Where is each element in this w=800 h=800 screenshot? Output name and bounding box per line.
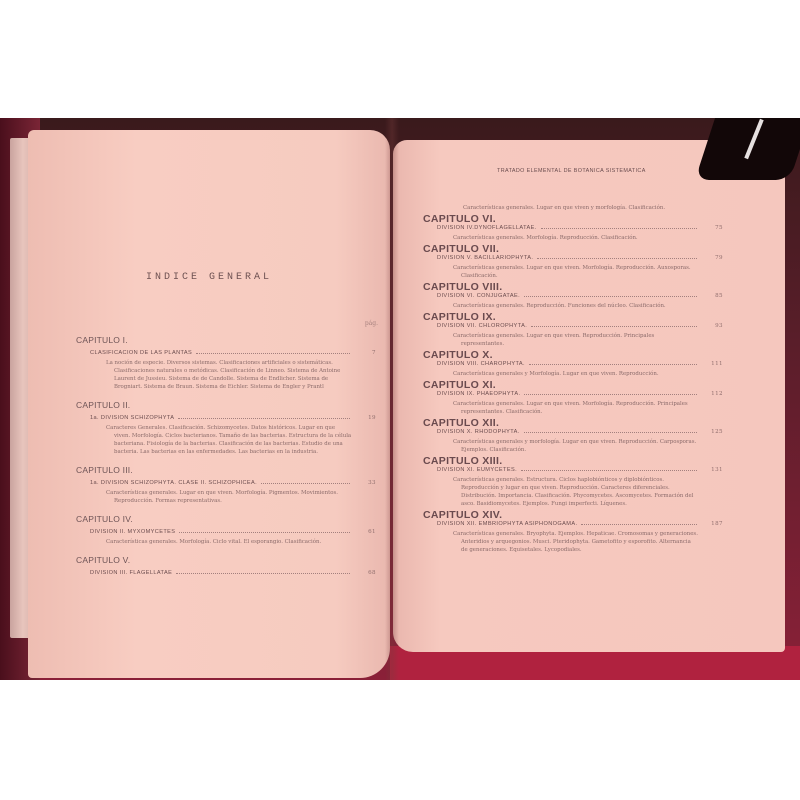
chapter-heading: CAPITULO II. [76, 401, 376, 410]
leader-dots [196, 353, 350, 354]
toc-entry: CAPITULO XIII. DIVISION XI. EUMYCETES.13… [423, 457, 723, 508]
chapter-description: Características generales. Estructura. C… [423, 476, 723, 508]
division-title: DIVISION IV.DYNOFLAGELLATAE. [437, 224, 537, 233]
division-title: DIVISION VI. CONJUGATAE. [437, 292, 520, 301]
chapter-description: Características generales. Lugar en que … [423, 332, 723, 348]
chapter-description: Caracteres Generales. Clasificación. Sch… [76, 424, 376, 456]
leader-dots [537, 258, 697, 259]
page-number: 68 [354, 569, 376, 578]
toc-entry: CAPITULO VI. DIVISION IV.DYNOFLAGELLATAE… [423, 215, 723, 242]
page-number: 19 [354, 414, 376, 423]
page-number: 7 [354, 349, 376, 358]
leader-dots [261, 483, 350, 484]
division-line: DIVISION X. RHODOPHYTA.125 [423, 428, 723, 437]
chapter-heading: CAPITULO V. [76, 556, 376, 565]
toc-entry: CAPITULO XI. DIVISION IX. PHAEOPHYTA.112… [423, 381, 723, 416]
division-title: 1a. DIVISION SCHIZOPHYTA. CLASE II. SCHI… [90, 479, 257, 488]
chapter-heading: CAPITULO I. [76, 336, 376, 345]
left-toc: CAPITULO I. CLASIFICACION DE LAS PLANTAS… [76, 326, 376, 578]
page-number: 111 [701, 360, 723, 369]
chapter-heading: CAPITULO IV. [76, 515, 376, 524]
chapter-description: Características generales. Morfología. C… [76, 538, 376, 546]
continued-description: Características generales. Lugar en que … [423, 204, 723, 212]
toc-entry: CAPITULO XIV. DIVISION XII. EMBRIOPHYTA … [423, 511, 723, 554]
division-title: DIVISION III. FLAGELLATAE [90, 569, 172, 578]
division-title: DIVISION XI. EUMYCETES. [437, 466, 517, 475]
division-line: DIVISION II. MYXOMYCETES61 [76, 528, 376, 537]
division-line: DIVISION IX. PHAEOPHYTA.112 [423, 390, 723, 399]
chapter-description: Características generales. Lugar en que … [423, 400, 723, 416]
page-number: 125 [701, 428, 723, 437]
chapter-heading: CAPITULO VIII. [423, 283, 723, 292]
toc-entry: CAPITULO III. 1a. DIVISION SCHIZOPHYTA. … [76, 466, 376, 505]
division-title: DIVISION VII. CHLOROPHYTA. [437, 322, 527, 331]
leader-dots [541, 228, 697, 229]
leader-dots [176, 573, 350, 574]
toc-entry: CAPITULO I. CLASIFICACION DE LAS PLANTAS… [76, 336, 376, 391]
toc-entry: CAPITULO XII. DIVISION X. RHODOPHYTA.125… [423, 419, 723, 454]
book-photo: INDICE GENERAL pág. CAPITULO I. CLASIFIC… [0, 118, 800, 680]
chapter-description: Características generales y Morfología. … [423, 370, 723, 378]
page-number: 61 [354, 528, 376, 537]
chapter-description: Características generales. Lugar en que … [423, 264, 723, 280]
page-number: 85 [701, 292, 723, 301]
chapter-description: Características generales y morfología. … [423, 438, 723, 454]
chapter-heading: CAPITULO IX. [423, 313, 723, 322]
index-title: INDICE GENERAL [28, 272, 390, 283]
leader-dots [524, 296, 697, 297]
chapter-description: Características generales. Lugar en que … [76, 489, 376, 505]
chapter-heading: CAPITULO XIII. [423, 457, 723, 466]
division-title: DIVISION V. BACILLARIOPHYTA. [437, 254, 533, 263]
leader-dots [524, 394, 697, 395]
chapter-description: Características generales. Morfología. R… [423, 234, 723, 242]
division-line: 1a. DIVISION SCHIZOPHYTA19 [76, 414, 376, 423]
page-number: 187 [701, 520, 723, 529]
page-number: 79 [701, 254, 723, 263]
toc-entry: CAPITULO IV. DIVISION II. MYXOMYCETES61 … [76, 515, 376, 546]
leader-dots [529, 364, 697, 365]
division-line: DIVISION V. BACILLARIOPHYTA.79 [423, 254, 723, 263]
toc-entry: CAPITULO X. DIVISION VIII. CHAROPHYTA.11… [423, 351, 723, 378]
book-gutter [385, 118, 399, 680]
division-title: DIVISION XII. EMBRIOPHYTA ASIPHONOGAMA. [437, 520, 577, 529]
page-number: 33 [354, 479, 376, 488]
division-title: 1a. DIVISION SCHIZOPHYTA [90, 414, 174, 423]
toc-entry: CAPITULO IX. DIVISION VII. CHLOROPHYTA.9… [423, 313, 723, 348]
chapter-heading: CAPITULO XI. [423, 381, 723, 390]
division-line: DIVISION XI. EUMYCETES.131 [423, 466, 723, 475]
leader-dots [581, 524, 697, 525]
division-title: DIVISION X. RHODOPHYTA. [437, 428, 520, 437]
division-line: CLASIFICACION DE LAS PLANTAS7 [76, 349, 376, 358]
division-title: DIVISION VIII. CHAROPHYTA. [437, 360, 525, 369]
toc-entry: CAPITULO VIII. DIVISION VI. CONJUGATAE.8… [423, 283, 723, 310]
page-number: 131 [701, 466, 723, 475]
division-title: DIVISION II. MYXOMYCETES [90, 528, 175, 537]
chapter-heading: CAPITULO XIV. [423, 511, 723, 520]
toc-entry: CAPITULO VII. DIVISION V. BACILLARIOPHYT… [423, 245, 723, 280]
right-page: TRATADO ELEMENTAL DE BOTANICA SISTEMATIC… [393, 140, 785, 652]
left-page: INDICE GENERAL pág. CAPITULO I. CLASIFIC… [28, 130, 390, 678]
chapter-description: La noción de especie. Diversos sistemas.… [76, 359, 376, 391]
leader-dots [178, 418, 350, 419]
division-line: DIVISION VI. CONJUGATAE.85 [423, 292, 723, 301]
chapter-heading: CAPITULO VII. [423, 245, 723, 254]
division-line: DIVISION VII. CHLOROPHYTA.93 [423, 322, 723, 331]
division-line: DIVISION VIII. CHAROPHYTA.111 [423, 360, 723, 369]
leader-dots [524, 432, 697, 433]
leader-dots [179, 532, 350, 533]
division-line: DIVISION XII. EMBRIOPHYTA ASIPHONOGAMA.1… [423, 520, 723, 529]
page-number: 93 [701, 322, 723, 331]
chapter-heading: CAPITULO III. [76, 466, 376, 475]
leader-dots [521, 470, 697, 471]
chapter-heading: CAPITULO X. [423, 351, 723, 360]
page-number: 75 [701, 224, 723, 233]
chapter-description: Características generales. Bryophyta. Ej… [423, 530, 723, 554]
page-number: 112 [701, 390, 723, 399]
chapter-description: Características generales. Reproducción.… [423, 302, 723, 310]
chapter-heading: CAPITULO XII. [423, 419, 723, 428]
running-head: TRATADO ELEMENTAL DE BOTANICA SISTEMATIC… [497, 168, 646, 174]
division-line: DIVISION IV.DYNOFLAGELLATAE.75 [423, 224, 723, 233]
division-title: DIVISION IX. PHAEOPHYTA. [437, 390, 520, 399]
chapter-heading: CAPITULO VI. [423, 215, 723, 224]
toc-entry: CAPITULO II. 1a. DIVISION SCHIZOPHYTA19 … [76, 401, 376, 456]
division-title: CLASIFICACION DE LAS PLANTAS [90, 349, 192, 358]
right-toc: Características generales. Lugar en que … [423, 204, 723, 554]
division-line: DIVISION III. FLAGELLATAE68 [76, 569, 376, 578]
division-line: 1a. DIVISION SCHIZOPHYTA. CLASE II. SCHI… [76, 479, 376, 488]
toc-entry: CAPITULO V. DIVISION III. FLAGELLATAE68 [76, 556, 376, 578]
leader-dots [531, 326, 697, 327]
